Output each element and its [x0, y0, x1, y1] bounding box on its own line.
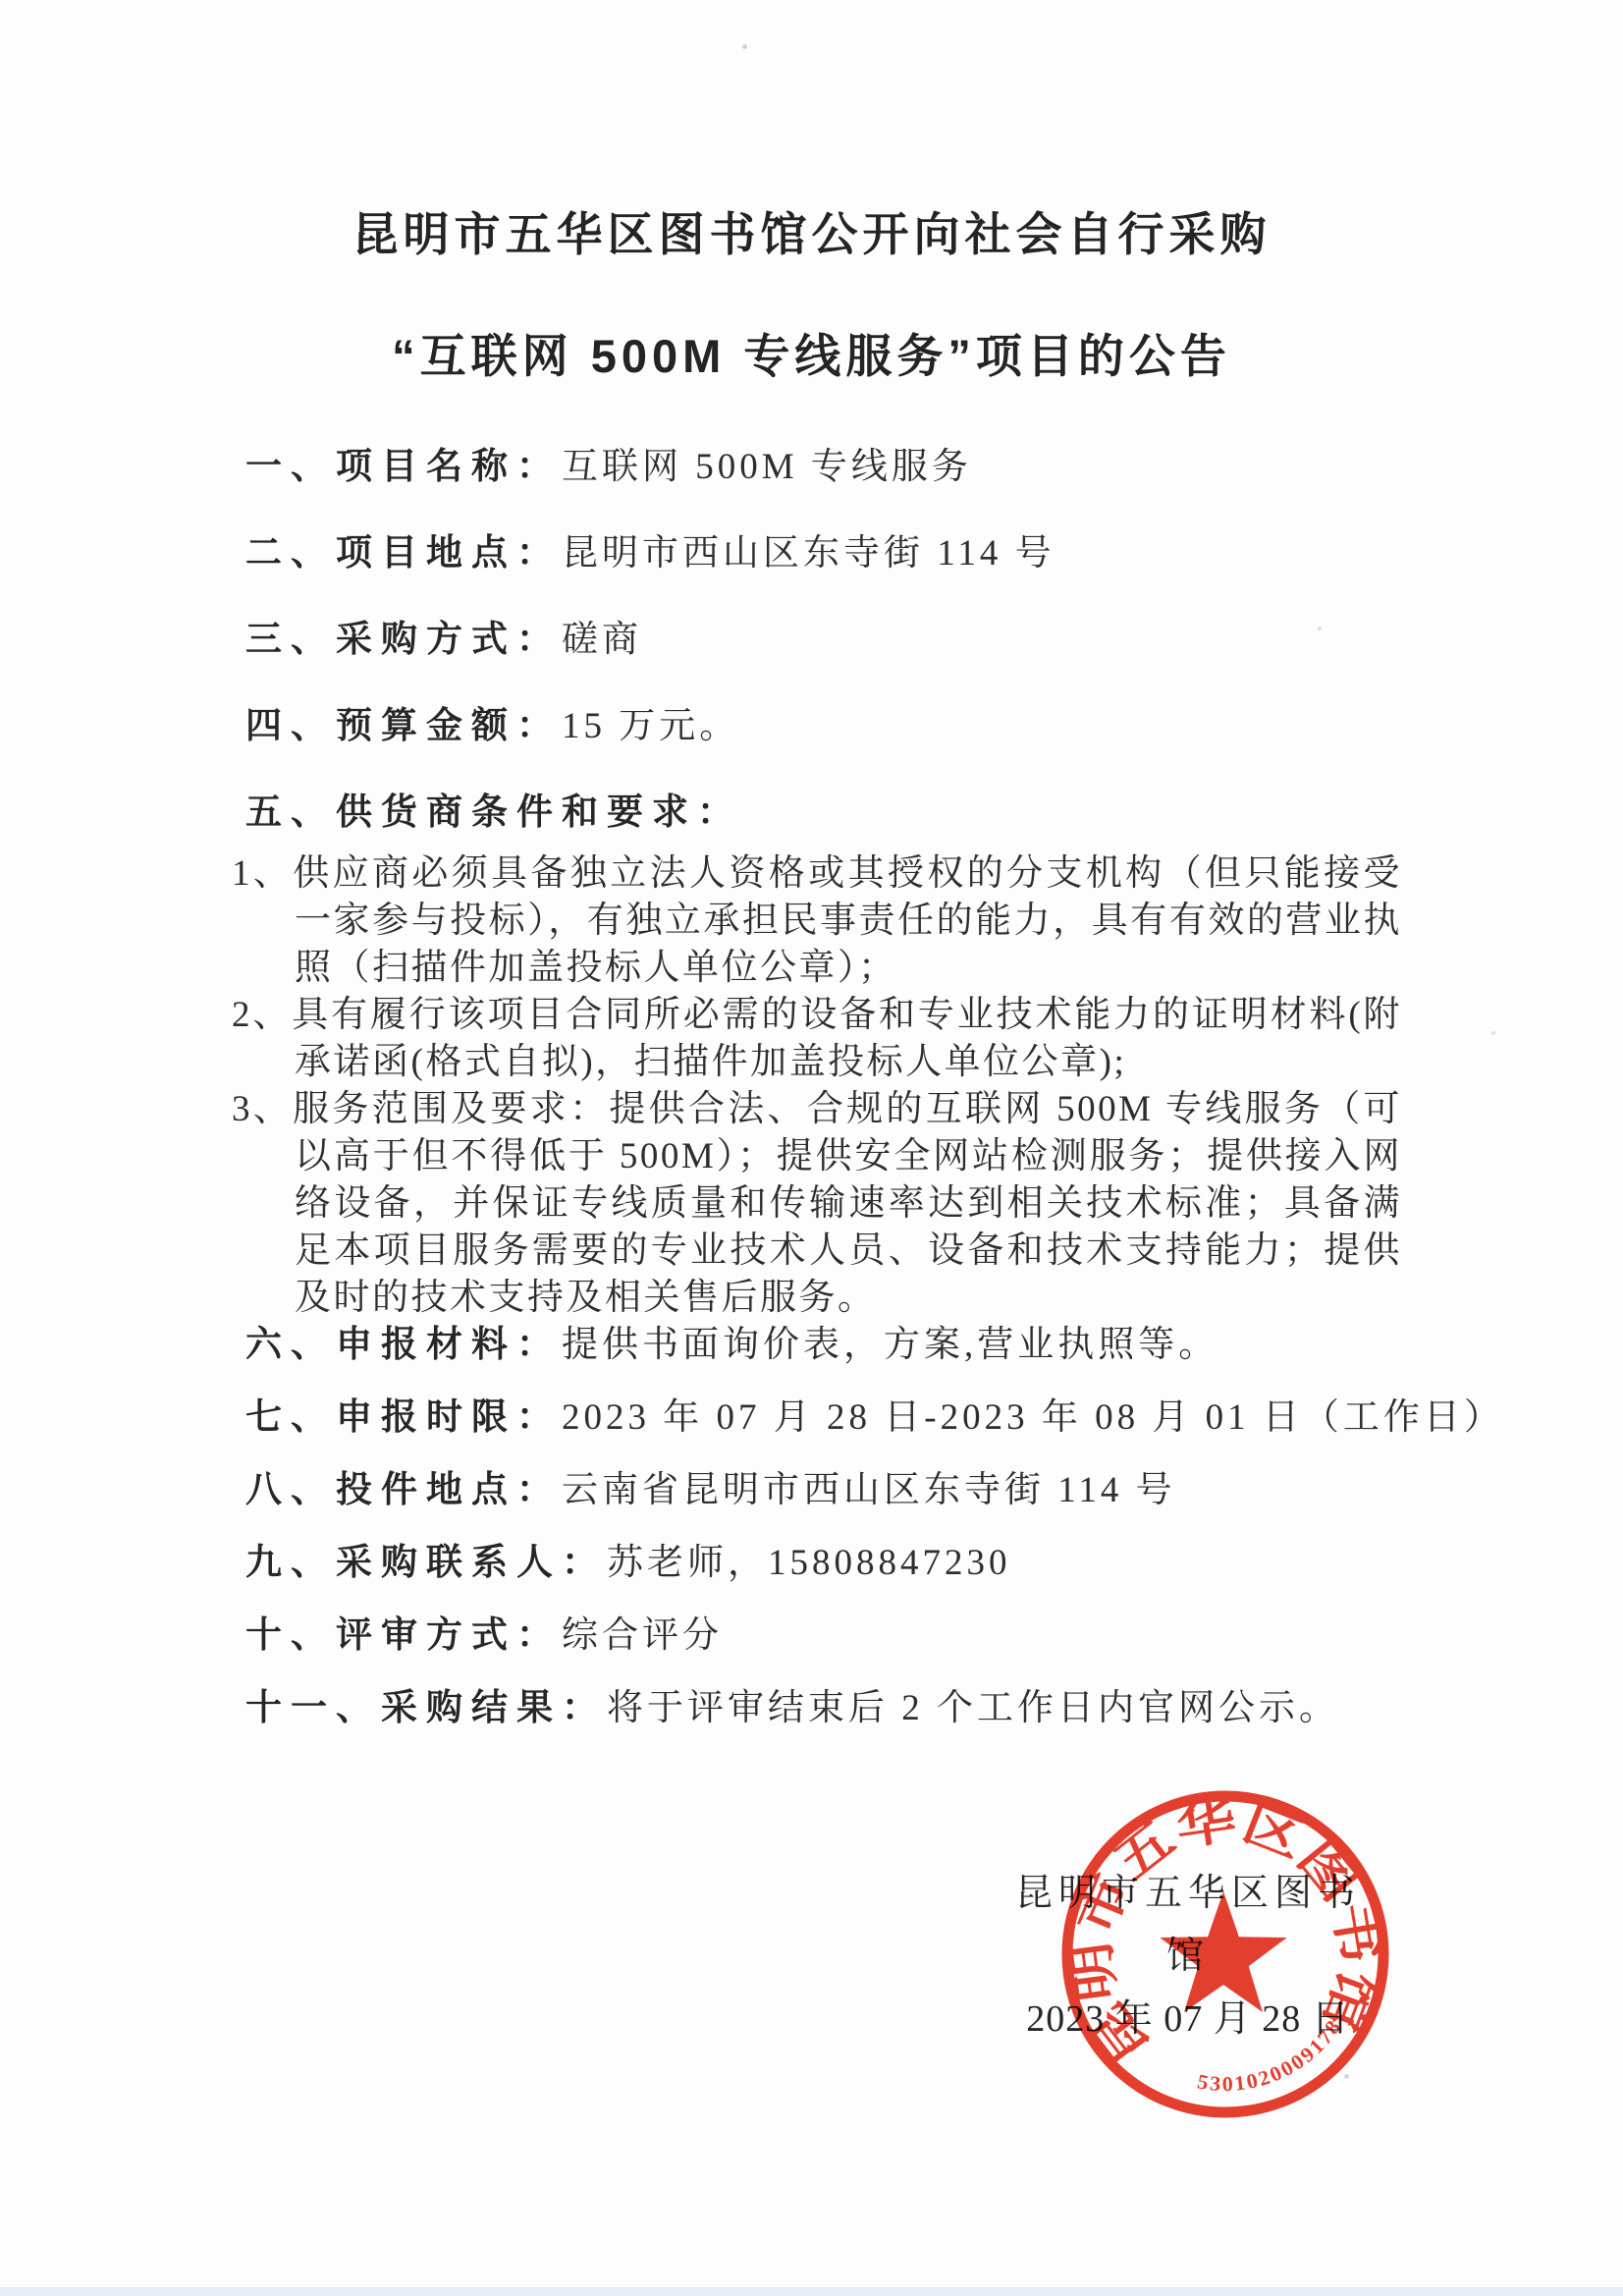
item-value: 综合评分 [562, 1615, 723, 1656]
item-value: 磋商 [562, 620, 642, 660]
scan-bottom-edge [0, 2287, 1623, 2296]
official-seal: 昆明市五华区图书馆 5301020009178 [1058, 1787, 1392, 2121]
title-line-1: 昆明市五华区图书馆公开向社会自行采购 [0, 206, 1623, 263]
item-submission-location: 八、投件地点：云南省昆明市西山区东寺街 114 号 [245, 1467, 1402, 1514]
item-label: 四、预算金额： [245, 706, 562, 746]
item-supplier-requirements-heading: 五、供货商条件和要求： [245, 790, 1402, 837]
item-contact-person: 九、采购联系人：苏老师，15808847230 [245, 1540, 1402, 1587]
item-evaluation-method: 十、评审方式：综合评分 [245, 1613, 1402, 1660]
item-value: 昆明市西山区东寺街 114 号 [562, 533, 1055, 574]
item-label: 十一、采购结果： [245, 1688, 607, 1728]
scan-speck [742, 44, 747, 49]
item-value: 苏老师，15808847230 [607, 1543, 1011, 1583]
item-value: 2023 年 07 月 28 日-2023 年 08 月 01 日（工作日） [562, 1397, 1504, 1438]
item-label: 二、项目地点： [245, 533, 562, 574]
supplier-condition-1: 1、供应商必须具备独立法人资格或其授权的分支机构（但只能接受一家参与投标），有独… [232, 850, 1402, 992]
document-page: 昆明市五华区图书馆公开向社会自行采购 “互联网 500M 专线服务”项目的公告 … [0, 0, 1623, 2296]
supplier-condition-3: 3、服务范围及要求：提供合法、合规的互联网 500M 专线服务（可以高于但不得低… [232, 1086, 1402, 1322]
title-line-2: “互联网 500M 专线服务”项目的公告 [0, 328, 1623, 385]
item-value: 15 万元。 [562, 706, 739, 746]
seal-star-icon [1160, 1891, 1286, 2012]
item-label: 三、采购方式： [245, 620, 562, 660]
item-label: 九、采购联系人： [245, 1543, 607, 1583]
document-body: 一、项目名称：互联网 500M 专线服务 二、项目地点：昆明市西山区东寺街 11… [245, 444, 1402, 1758]
item-label: 十、评审方式： [245, 1615, 562, 1656]
item-label: 七、申报时限： [245, 1397, 562, 1438]
supplier-condition-2: 2、具有履行该项目合同所必需的设备和专业技术能力的证明材料(附承诺函(格式自拟)… [232, 992, 1402, 1086]
scan-speck [1491, 1031, 1495, 1035]
item-value: 互联网 500M 专线服务 [562, 447, 972, 487]
item-budget: 四、预算金额：15 万元。 [245, 703, 1402, 750]
item-application-period: 七、申报时限：2023 年 07 月 28 日-2023 年 08 月 01 日… [245, 1394, 1402, 1442]
item-procurement-result: 十一、采购结果：将于评审结束后 2 个工作日内官网公示。 [245, 1685, 1402, 1732]
item-value: 提供书面询价表，方案,营业执照等。 [562, 1325, 1218, 1365]
item-application-materials: 六、申报材料：提供书面询价表，方案,营业执照等。 [245, 1322, 1402, 1369]
supplier-conditions-list: 1、供应商必须具备独立法人资格或其授权的分支机构（但只能接受一家参与投标），有独… [245, 850, 1402, 1322]
item-label: 八、投件地点： [245, 1470, 562, 1510]
item-project-name: 一、项目名称：互联网 500M 专线服务 [245, 444, 1402, 491]
item-label: 六、申报材料： [245, 1325, 562, 1365]
item-label: 五、供货商条件和要求： [245, 793, 742, 833]
document-title: 昆明市五华区图书馆公开向社会自行采购 “互联网 500M 专线服务”项目的公告 [0, 206, 1623, 385]
item-value: 将于评审结束后 2 个工作日内官网公示。 [607, 1688, 1339, 1728]
item-project-location: 二、项目地点：昆明市西山区东寺街 114 号 [245, 530, 1402, 577]
scan-speck [1318, 627, 1322, 630]
item-label: 一、项目名称： [245, 447, 562, 487]
items-bottom: 六、申报材料：提供书面询价表，方案,营业执照等。 七、申报时限：2023 年 0… [245, 1322, 1402, 1732]
item-value: 云南省昆明市西山区东寺街 114 号 [562, 1470, 1176, 1510]
item-procurement-method: 三、采购方式：磋商 [245, 617, 1402, 664]
